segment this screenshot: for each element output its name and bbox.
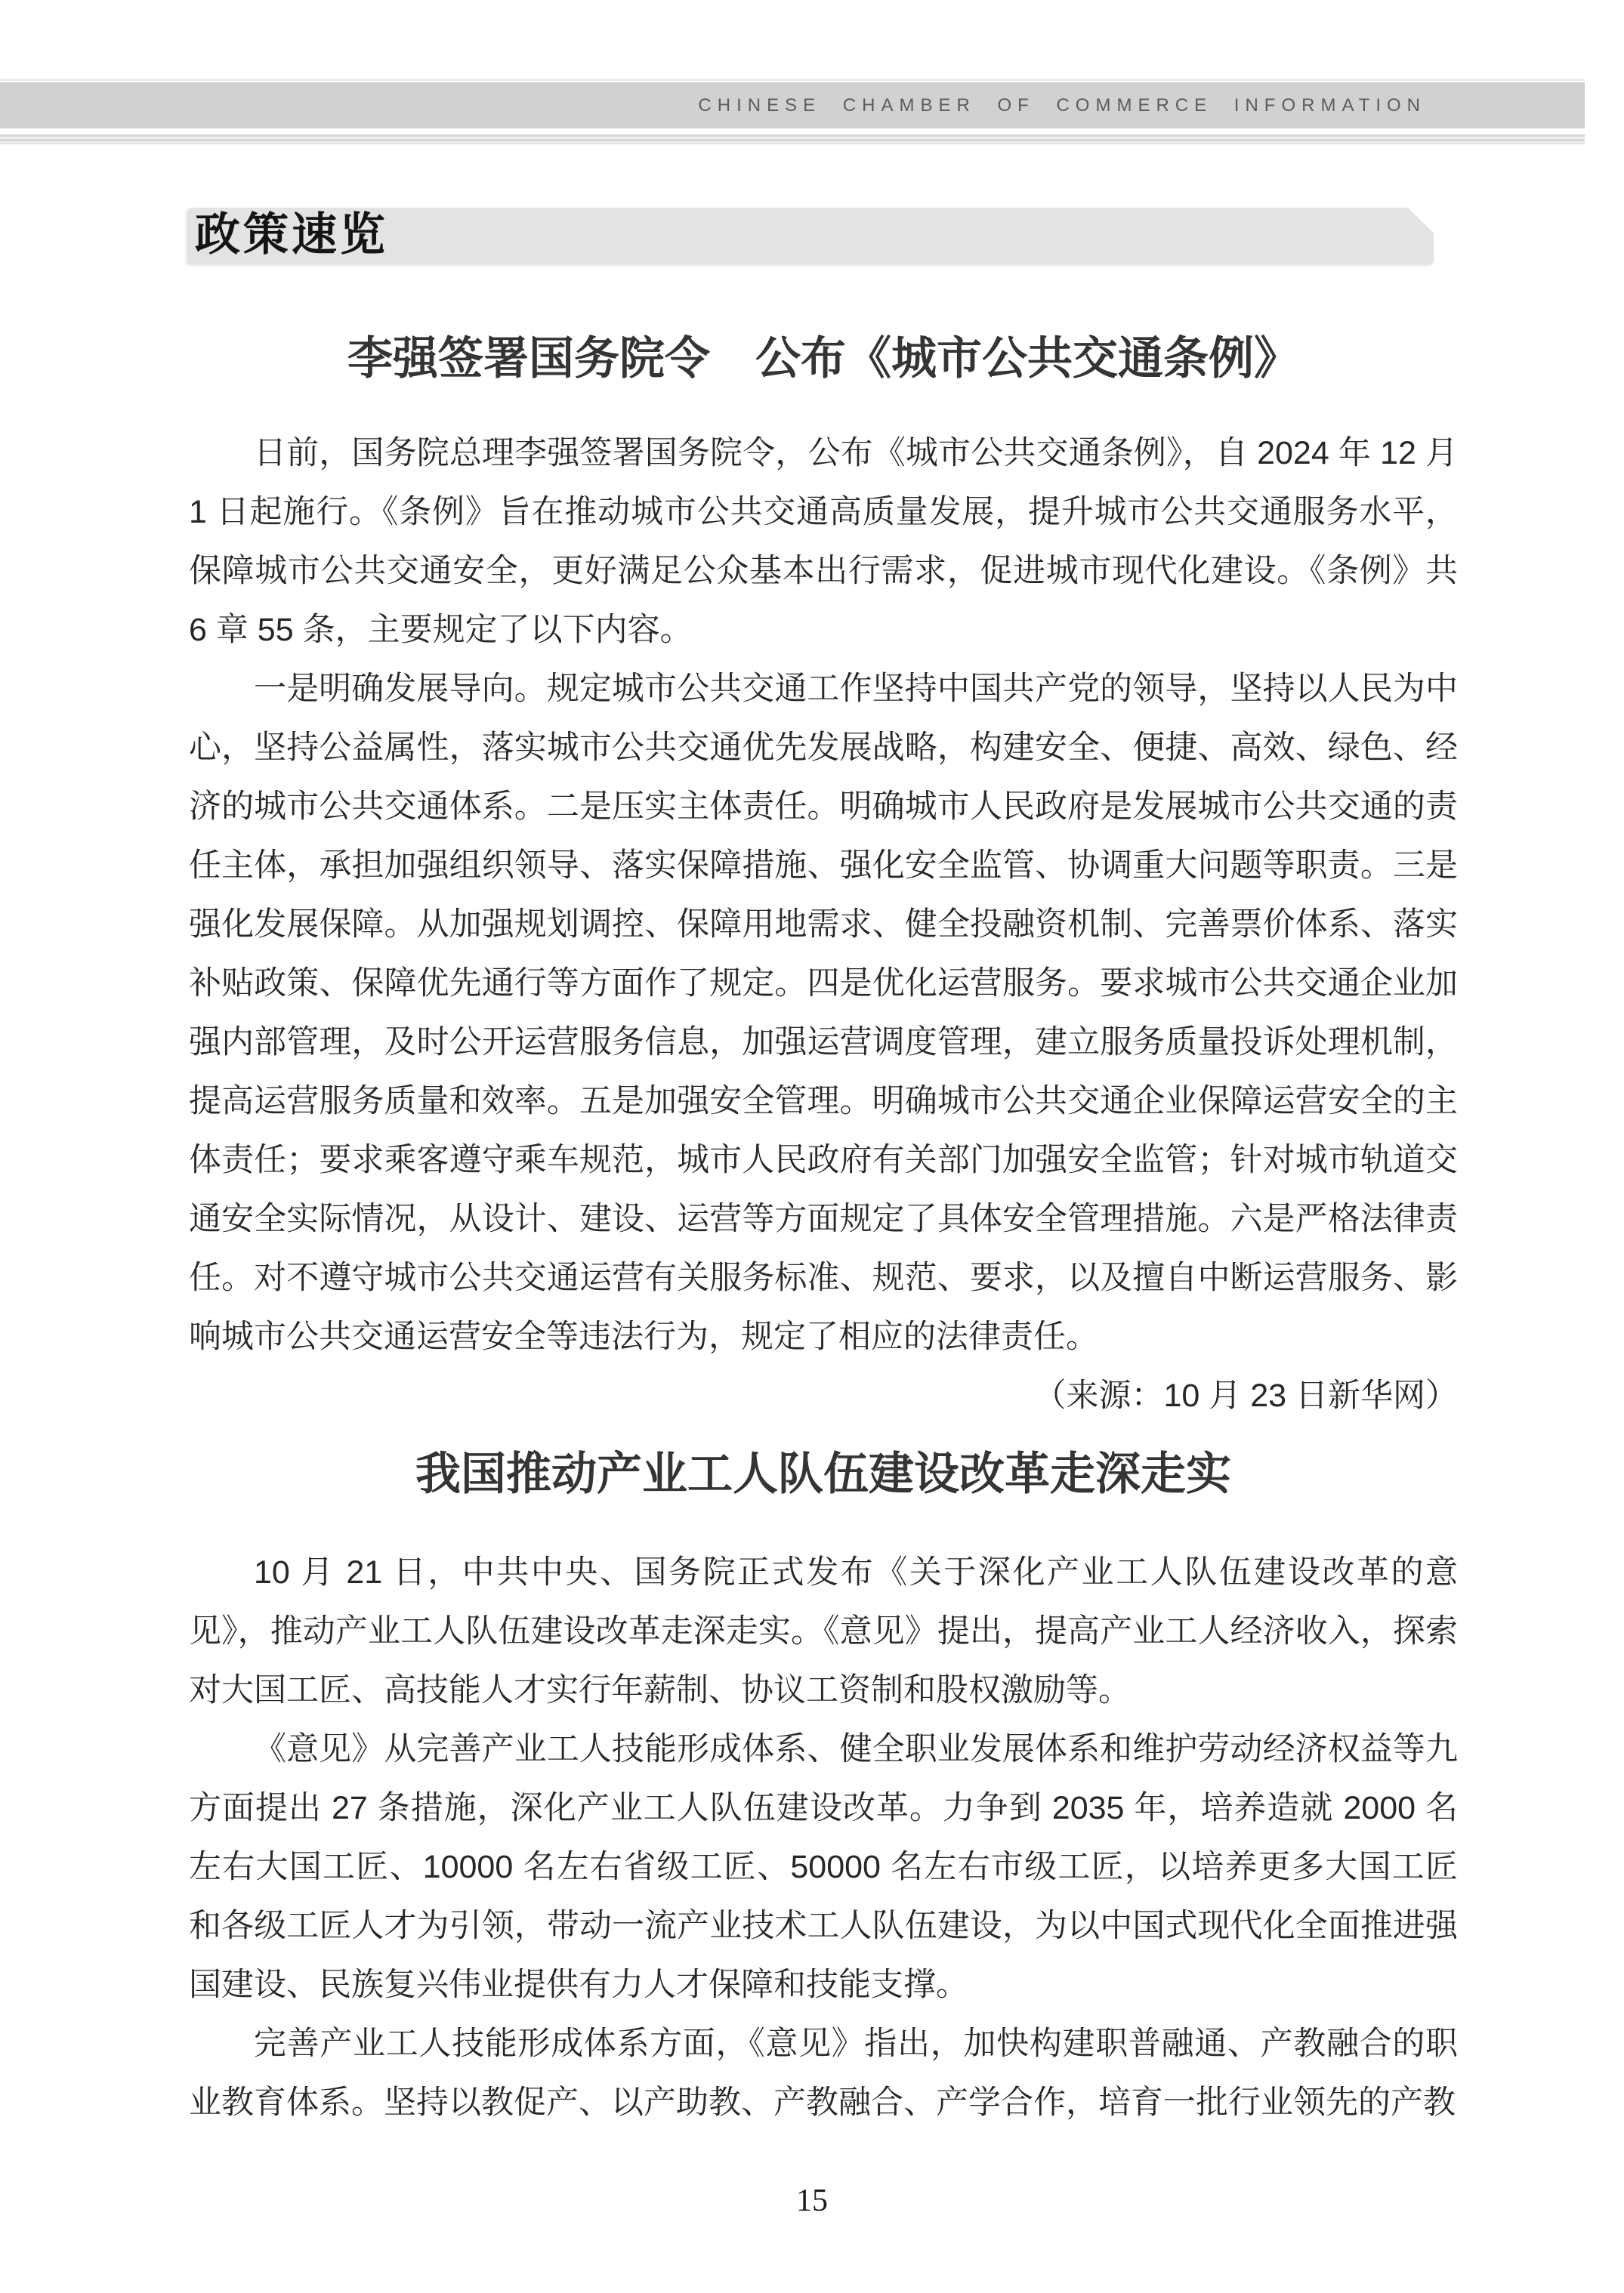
- article1-title: 李强签署国务院令 公布《城市公共交通条例》: [189, 332, 1458, 385]
- header-banner-text: CHINESE CHAMBER OF COMMERCE INFORMATION: [698, 95, 1426, 116]
- page-number: 15: [0, 2178, 1624, 2224]
- article1-paragraph-2-text: 一是明确发展导向。规定城市公共交通工作坚持中国共产党的领导，坚持以人民为中心，坚…: [189, 671, 1458, 1355]
- article2-paragraph-2: 《意见》从完善产业工人技能形成体系、健全职业发展体系和维护劳动经济权益等九方面提…: [189, 1720, 1458, 2014]
- header-bar: CHINESE CHAMBER OF COMMERCE INFORMATION: [0, 82, 1585, 128]
- section-banner: 政策速览: [189, 208, 1434, 263]
- article2-paragraph-3: 完善产业工人技能形成体系方面，《意见》指出，加快构建职普融通、产教融合的职业教育…: [189, 2014, 1458, 2132]
- section-title: 政策速览: [195, 208, 388, 263]
- article1-body: 日前，国务院总理李强签署国务院令，公布《城市公共交通条例》，自 2024 年 1…: [189, 424, 1458, 1425]
- section-banner-shape: 政策速览: [189, 208, 1434, 263]
- document-page: CHINESE CHAMBER OF COMMERCE INFORMATION …: [0, 0, 1624, 2293]
- article2-title: 我国推动产业工人队伍建设改革走深走实: [189, 1448, 1458, 1501]
- article2-body: 10 月 21 日，中共中央、国务院正式发布《关于深化产业工人队伍建设改革的意见…: [189, 1543, 1458, 2132]
- article1-paragraph-1: 日前，国务院总理李强签署国务院令，公布《城市公共交通条例》，自 2024 年 1…: [189, 424, 1458, 659]
- article1-paragraph-2: 一是明确发展导向。规定城市公共交通工作坚持中国共产党的领导，坚持以人民为中心，坚…: [189, 659, 1458, 1366]
- header-top-rule: [0, 79, 1585, 81]
- article2-paragraph-1: 10 月 21 日，中共中央、国务院正式发布《关于深化产业工人队伍建设改革的意见…: [189, 1543, 1458, 1720]
- header-divider: [0, 134, 1585, 144]
- source-note: （来源：10 月 23 日新华网）: [1034, 1366, 1459, 1425]
